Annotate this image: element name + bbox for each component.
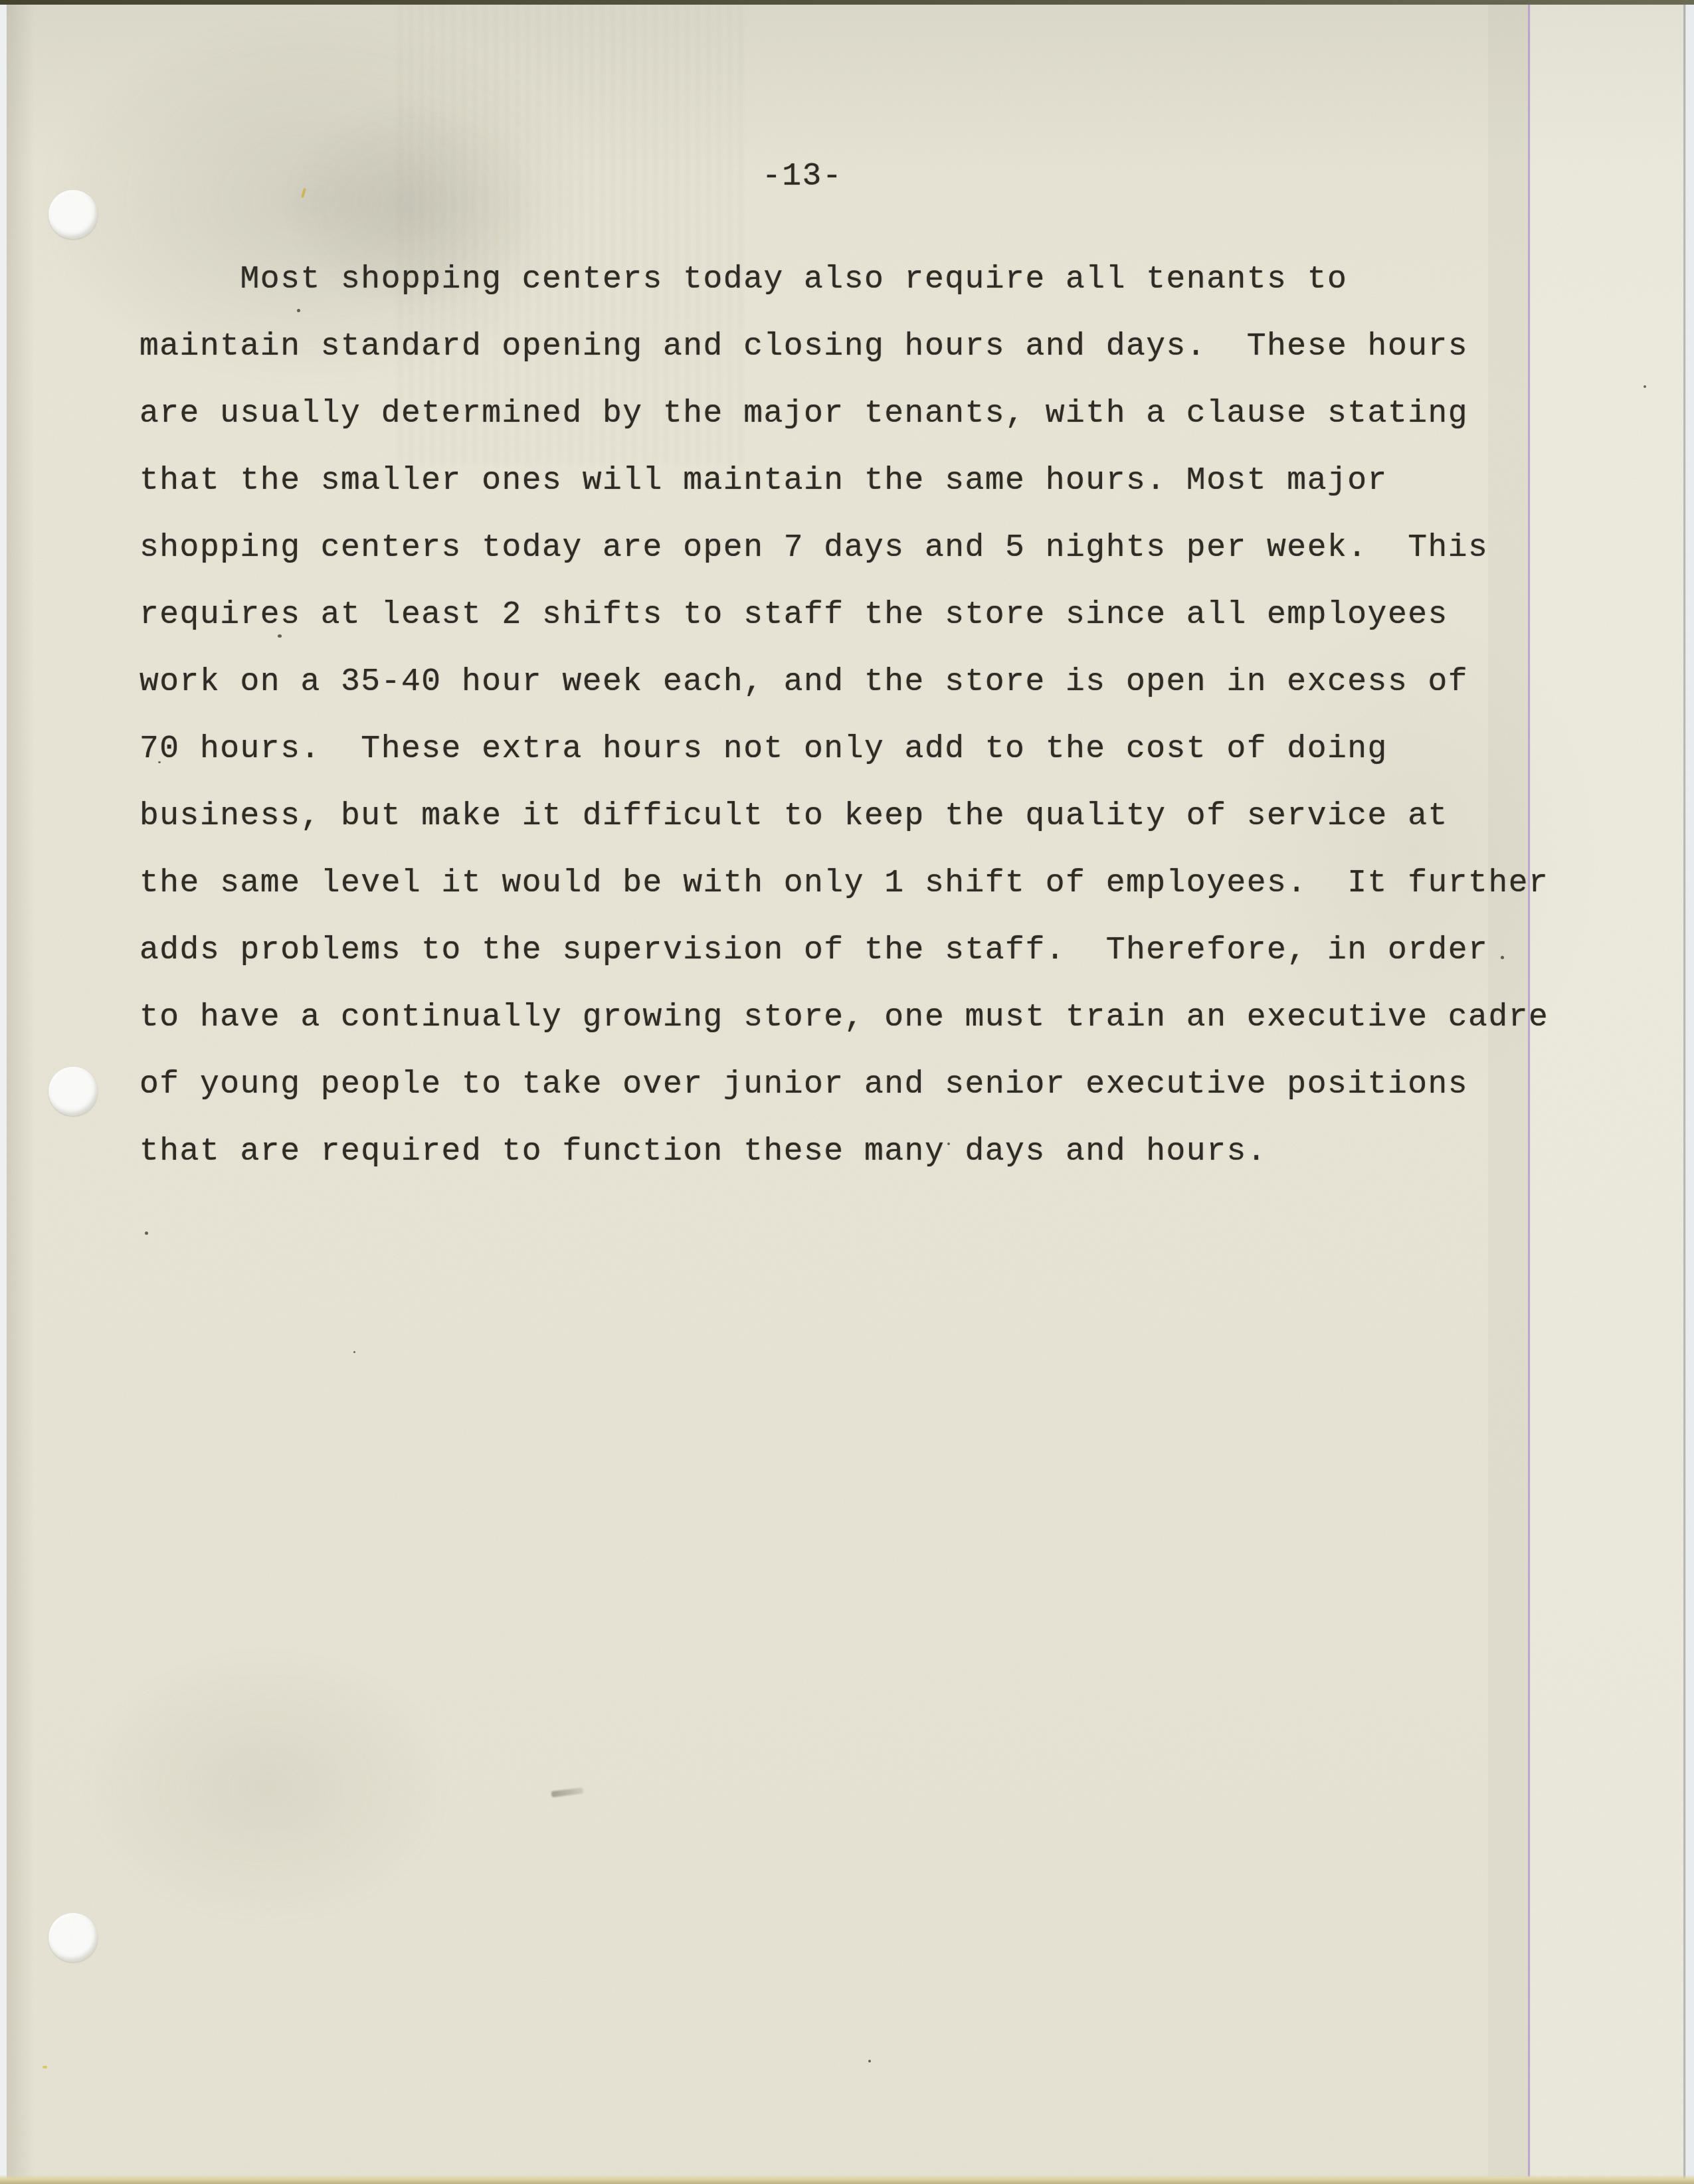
- scanner-background-left: [0, 0, 7, 2184]
- paper-bottom-edge: [0, 2175, 1694, 2184]
- scan-top-edge: [0, 0, 1694, 5]
- paper-texture: [0, 0, 1694, 2184]
- paper-edge-shadow: [7, 0, 35, 2180]
- document-page: -13- Most shopping centers today also re…: [0, 0, 1694, 2184]
- scanner-background-right: [1686, 0, 1694, 2184]
- paper-edge-line: [1683, 0, 1685, 2180]
